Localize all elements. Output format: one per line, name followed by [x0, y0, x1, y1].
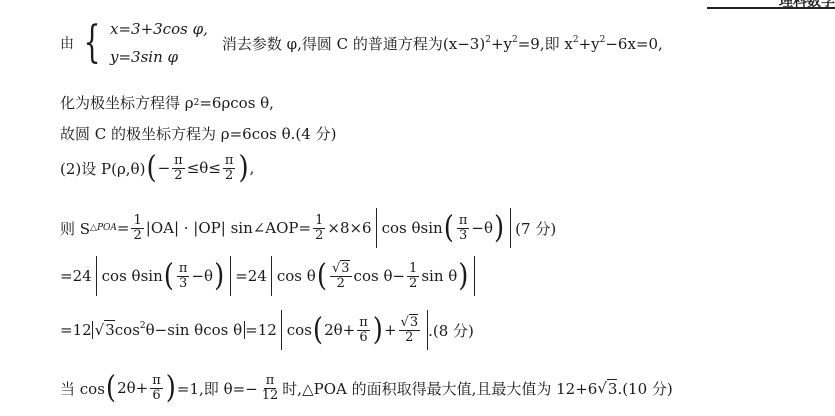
line-maximum: 当 cos( 2θ+ π6 ) =1,即 θ=− π12 时,△POA 的面积取…: [60, 368, 673, 408]
equation-y: y=3sin φ: [110, 48, 208, 66]
line-simplify-2: =12 √3cos2θ−sin θcos θ =12 cos( 2θ+ π6 )…: [60, 310, 474, 350]
line-simplify-1: =24 cos θsin( π3 −θ) =24 cos θ( √32 cos …: [60, 256, 475, 296]
equation-system: { x=3+3cos φ, y=3sin φ: [78, 20, 208, 66]
line-part2: (2)设 P(ρ,θ) ( − π2 ≤θ≤ π2 ) ,: [60, 150, 254, 186]
line-polar-result: 故圆 C 的极坐标方程为 ρ=6cos θ.(4 分): [60, 123, 336, 144]
header-rule: [707, 7, 835, 9]
line-area: 则 S△POA = 12 |OA| · |OP| sin∠AOP= 12 ×8×…: [60, 208, 556, 248]
equation-x: x=3+3cos φ,: [110, 20, 208, 38]
text: 由: [60, 33, 74, 53]
page-header: 理科数学: [707, 0, 835, 7]
text: 消去参数 φ,得圆 C 的普通方程为(x−3)2+y2=9,即 x2+y2−6x…: [222, 33, 663, 54]
subject-label: 理科数学: [779, 0, 835, 7]
line-parametric: 由 { x=3+3cos φ, y=3sin φ 消去参数 φ,得圆 C 的普通…: [60, 20, 663, 66]
brace-icon: {: [84, 21, 101, 65]
line-polar: 化为极坐标方程得 ρ2=6ρcos θ,: [60, 92, 274, 113]
